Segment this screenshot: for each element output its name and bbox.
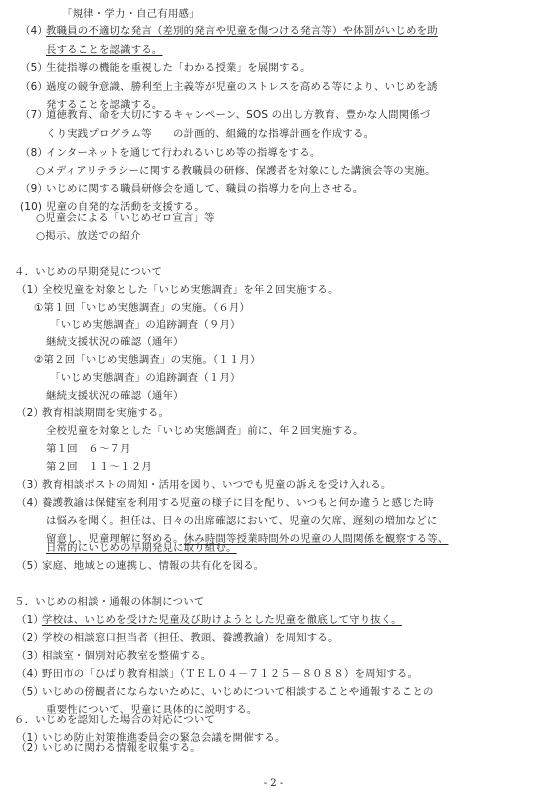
- line-text: 全校児童を対象とした「いじめ実態調査」前に、年２回実施する。: [46, 425, 364, 437]
- item-number: （5）: [16, 685, 42, 699]
- item-number: （3）: [16, 649, 42, 663]
- line-text: 全校児童を対象とした「いじめ実態調査」を年２回実施する。: [42, 284, 339, 296]
- item-number: （4）: [16, 667, 42, 681]
- line-text: 第２回 １１～１２月: [46, 461, 152, 473]
- line-text: 教育相談期間を実施する。: [42, 407, 169, 419]
- line-text: ○児童会による「いじめゼロ宣言」等: [36, 212, 215, 224]
- line-text: いじめの傍観者にならないために、いじめについて相談することや通報することの: [42, 686, 434, 698]
- line-text: 野田市の「ひばり教育相談」（ＴＥＬ０４－７１２５－８０８８）を周知する。: [42, 668, 418, 680]
- text-line: ４．いじめの早期発見について: [14, 265, 162, 279]
- item-number: （8）: [20, 146, 46, 160]
- line-text: ○掲示、放送での紹介: [36, 230, 141, 242]
- line-text: 「規律・学力・自己有用感」: [62, 8, 200, 20]
- line-text: 養護教諭は保健室を利用する児童の様子に目を配り、いつもと何か違うと感じた時: [42, 497, 434, 509]
- text-line: （2）教育相談期間を実施する。: [16, 406, 169, 420]
- text-line: （5）家庭、地域との連携し、情報の共有化を図る。: [16, 559, 264, 573]
- line-text: ５．いじめの相談・通報の体制について: [14, 596, 204, 608]
- line-text: インターネットを通じて行われるいじめ等の指導をする。: [46, 147, 320, 159]
- line-text: ○メディアリテラシーに関する教職員の研修、保護者を対象にした講演会等の実施。: [36, 165, 436, 177]
- item-number: （1）: [16, 613, 42, 627]
- line-text: 家庭、地域との連携し、情報の共有化を図る。: [42, 560, 264, 572]
- line-text: 継続支援状況の確認（通年）: [46, 390, 184, 402]
- line-text: ②第２回「いじめ実態調査」の実施。（１１月）: [34, 354, 261, 366]
- text-line: ○メディアリテラシーに関する教職員の研修、保護者を対象にした講演会等の実施。: [36, 164, 436, 178]
- text-line: 「いじめ実態調査」の追跡調査（９月）: [50, 318, 241, 332]
- line-text: いじめに関する職員研修会を通して、職員の指導力を向上させる。: [46, 183, 364, 195]
- line-text: 継続支援状況の確認（通年）: [46, 336, 184, 348]
- text-line: （2）学校の相談窓口担当者（担任、教頭、養護教諭）を周知する。: [16, 631, 339, 645]
- text-line: （3）相談室・個別対応教室を整備する。: [16, 649, 211, 663]
- document-page: 「規律・学力・自己有用感」（4）教職員の不適切な発言（差別的発言や児童を傷つける…: [0, 0, 547, 800]
- line-text: 教職員の不適切な発言（差別的発言や児童を傷つける発言等）や体罰がいじめを助: [46, 25, 438, 37]
- text-line: （7）道徳教育、命を大切にするキャンペーン、SOS の出し方教育、豊かな人間関係…: [20, 108, 431, 122]
- text-line: （4）養護教諭は保健室を利用する児童の様子に目を配り、いつもと何か違うと感じた時: [16, 496, 434, 510]
- item-number: （2）: [16, 406, 42, 420]
- text-line: ②第２回「いじめ実態調査」の実施。（１１月）: [34, 353, 261, 367]
- line-text: 日常的にいじめの早期発見に取り組む。: [46, 542, 237, 554]
- line-text: 教育相談ポストの周知・活用を図り、いつでも児童の訴えを受け入れる。: [42, 479, 392, 491]
- text-line: （4）野田市の「ひばり教育相談」（ＴＥＬ０４－７１２５－８０８８）を周知する。: [16, 667, 418, 681]
- text-line: 「規律・学力・自己有用感」: [62, 7, 200, 21]
- text-line: くり実践プログラム等 の計画的、組織的な指導計画を作成する。: [46, 127, 374, 141]
- text-line: 第１回 ６～７月: [46, 442, 131, 456]
- text-line: （8）インターネットを通じて行われるいじめ等の指導をする。: [20, 146, 320, 160]
- text-line: ６．いじめを認知した場合の対応について: [14, 713, 215, 727]
- line-text: 相談室・個別対応教室を整備する。: [42, 650, 211, 662]
- line-text: 「いじめ実態調査」の追跡調査（９月）: [50, 319, 241, 331]
- item-number: （4）: [20, 24, 46, 38]
- line-text: ①第１回「いじめ実態調査」の実施。（６月）: [34, 302, 250, 314]
- item-number: （2）: [16, 741, 42, 755]
- line-text: 道徳教育、命を大切にするキャンペーン、SOS の出し方教育、豊かな人間関係づ: [46, 109, 431, 121]
- line-text: ６．いじめを認知した場合の対応について: [14, 714, 215, 726]
- text-line: 「いじめ実態調査」の追跡調査（１月）: [50, 371, 241, 385]
- page-number: - 2 -: [0, 778, 547, 789]
- line-text: 生徒指導の機能を重視した「わかる授業」を展開する。: [46, 62, 311, 74]
- item-number: （2）: [16, 631, 42, 645]
- line-text: 過度の競争意識、勝利至上主義等が児童のストレスを高める等により、いじめを誘: [46, 81, 438, 93]
- line-text: くり実践プログラム等 の計画的、組織的な指導計画を作成する。: [46, 128, 374, 140]
- text-line: （6）過度の競争意識、勝利至上主義等が児童のストレスを高める等により、いじめを誘: [20, 80, 438, 94]
- line-text: 学校の相談窓口担当者（担任、教頭、養護教諭）を周知する。: [42, 632, 339, 644]
- text-line: 第２回 １１～１２月: [46, 460, 152, 474]
- text-line: ○掲示、放送での紹介: [36, 229, 141, 243]
- text-line: （4）教職員の不適切な発言（差別的発言や児童を傷つける発言等）や体罰がいじめを助: [20, 24, 438, 38]
- line-text: 第１回 ６～７月: [46, 443, 131, 455]
- text-line: は悩みを聞く。担任は、日々の出席確認において、児童の欠席、遅刻の増加などに: [46, 514, 437, 528]
- text-line: 全校児童を対象とした「いじめ実態調査」前に、年２回実施する。: [46, 424, 364, 438]
- text-line: （5）いじめの傍観者にならないために、いじめについて相談することや通報することの: [16, 685, 434, 699]
- item-number: （5）: [16, 559, 42, 573]
- text-line: ５．いじめの相談・通報の体制について: [14, 595, 204, 609]
- item-number: （9）: [20, 182, 46, 196]
- text-line: （1）全校児童を対象とした「いじめ実態調査」を年２回実施する。: [16, 283, 339, 297]
- text-line: 継続支援状況の確認（通年）: [46, 335, 184, 349]
- item-number: （1）: [16, 283, 42, 297]
- item-number: （4）: [16, 496, 42, 510]
- line-text: いじめに関わる情報を収集する。: [42, 742, 201, 754]
- text-line: 継続支援状況の確認（通年）: [46, 389, 184, 403]
- text-line: 日常的にいじめの早期発見に取り組む。: [46, 541, 237, 555]
- text-line: （2）いじめに関わる情報を収集する。: [16, 741, 201, 755]
- text-line: 長することを認識する。: [46, 43, 163, 57]
- text-line: （9）いじめに関する職員研修会を通して、職員の指導力を向上させる。: [20, 182, 364, 196]
- text-line: （3）教育相談ポストの周知・活用を図り、いつでも児童の訴えを受け入れる。: [16, 478, 392, 492]
- line-text: 学校は、いじめを受けた児童及び助けようとした児童を徹底して守り抜く。: [42, 614, 402, 626]
- text-line: ○児童会による「いじめゼロ宣言」等: [36, 211, 215, 225]
- text-line: （1）学校は、いじめを受けた児童及び助けようとした児童を徹底して守り抜く。: [16, 613, 402, 627]
- item-number: （3）: [16, 478, 42, 492]
- item-number: （7）: [20, 108, 46, 122]
- text-line: ①第１回「いじめ実態調査」の実施。（６月）: [34, 301, 250, 315]
- line-text: は悩みを聞く。担任は、日々の出席確認において、児童の欠席、遅刻の増加などに: [46, 515, 437, 527]
- item-number: （5）: [20, 61, 46, 75]
- line-text: 長することを認識する。: [46, 44, 163, 56]
- text-line: （5）生徒指導の機能を重視した「わかる授業」を展開する。: [20, 61, 311, 75]
- line-text: 「いじめ実態調査」の追跡調査（１月）: [50, 372, 241, 384]
- item-number: （6）: [20, 80, 46, 94]
- line-text: ４．いじめの早期発見について: [14, 266, 162, 278]
